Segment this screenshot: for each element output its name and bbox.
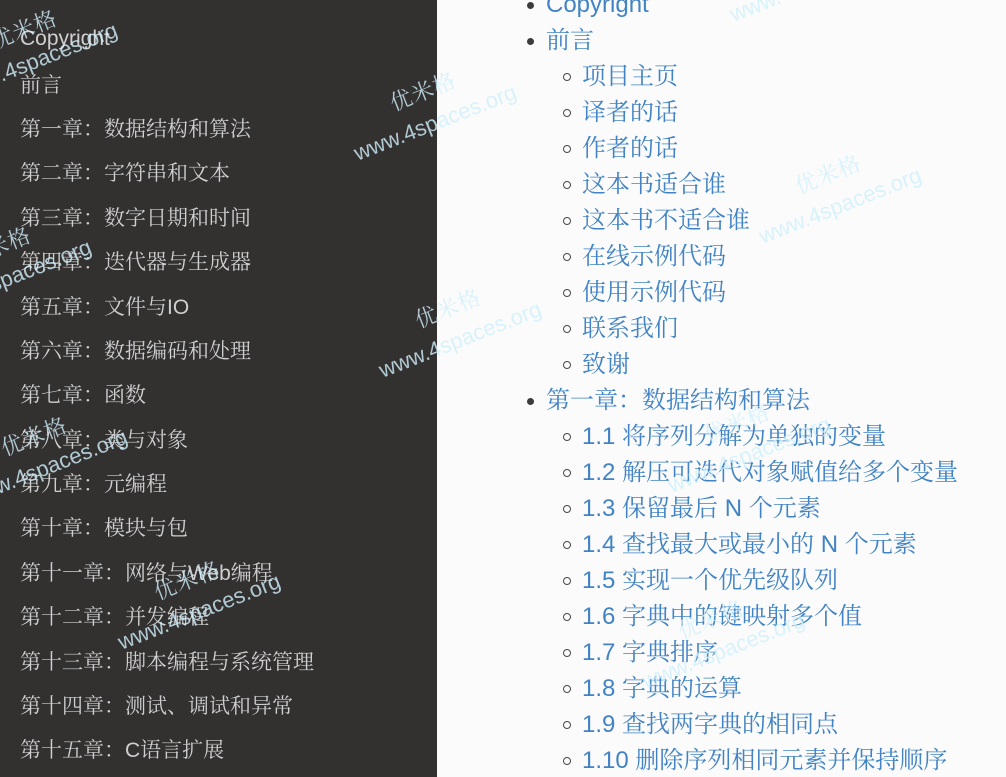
content-area: Copyright前言项目主页译者的话作者的话这本书适合谁这本书不适合谁在线示例…	[437, 0, 1006, 777]
toc-sublink[interactable]: 1.10 删除序列相同元素并保持顺序	[582, 743, 958, 777]
toc-subitem: 1.2 解压可迭代对象赋值给多个变量	[582, 455, 958, 491]
toc-item-chapter-1: 第一章：数据结构和算法1.1 将序列分解为单独的变量1.2 解压可迭代对象赋值给…	[546, 383, 958, 777]
toc-item-copyright: Copyright	[546, 0, 958, 23]
toc-sublink[interactable]: 作者的话	[582, 131, 958, 167]
sidebar-nav-list: Copyright前言第一章：数据结构和算法第二章：字符串和文本第三章：数字日期…	[0, 0, 437, 772]
sidebar-item-chapter-6[interactable]: 第六章：数据编码和处理	[20, 328, 429, 372]
sidebar-item-chapter-5[interactable]: 第五章：文件与IO	[20, 283, 429, 327]
toc-item-preface: 前言项目主页译者的话作者的话这本书适合谁这本书不适合谁在线示例代码使用示例代码联…	[546, 23, 958, 383]
toc-subitem: 1.7 字典排序	[582, 635, 958, 671]
sidebar-item-chapter-1[interactable]: 第一章：数据结构和算法	[20, 106, 429, 150]
toc-link-preface[interactable]: 前言	[546, 23, 958, 59]
page: Copyright前言第一章：数据结构和算法第二章：字符串和文本第三章：数字日期…	[0, 0, 1006, 777]
sidebar-item-chapter-14[interactable]: 第十四章：测试、调试和异常	[20, 683, 429, 727]
sidebar-item-copyright[interactable]: Copyright	[20, 17, 429, 61]
toc-link-copyright[interactable]: Copyright	[546, 0, 958, 23]
toc-sublink[interactable]: 使用示例代码	[582, 275, 958, 311]
sidebar-item-chapter-8[interactable]: 第八章：类与对象	[20, 417, 429, 461]
sidebar-item-preface[interactable]: 前言	[20, 61, 429, 105]
toc-sublink[interactable]: 1.8 字典的运算	[582, 671, 958, 707]
toc-subitem: 1.3 保留最后 N 个元素	[582, 491, 958, 527]
toc-subitem: 1.10 删除序列相同元素并保持顺序	[582, 743, 958, 777]
toc-subitem: 项目主页	[582, 59, 958, 95]
toc-subitem: 1.4 查找最大或最小的 N 个元素	[582, 527, 958, 563]
toc-sublink[interactable]: 1.2 解压可迭代对象赋值给多个变量	[582, 455, 958, 491]
toc-subitem: 使用示例代码	[582, 275, 958, 311]
toc-subitem: 1.8 字典的运算	[582, 671, 958, 707]
toc-subitem: 联系我们	[582, 311, 958, 347]
toc-subitem: 在线示例代码	[582, 239, 958, 275]
toc-sublink[interactable]: 致谢	[582, 347, 958, 383]
sidebar-item-chapter-2[interactable]: 第二章：字符串和文本	[20, 150, 429, 194]
toc-sublist-preface: 项目主页译者的话作者的话这本书适合谁这本书不适合谁在线示例代码使用示例代码联系我…	[546, 59, 958, 383]
toc-sublink[interactable]: 1.3 保留最后 N 个元素	[582, 491, 958, 527]
toc-sublink[interactable]: 1.5 实现一个优先级队列	[582, 563, 958, 599]
toc-sublink[interactable]: 1.1 将序列分解为单独的变量	[582, 419, 958, 455]
toc-subitem: 1.5 实现一个优先级队列	[582, 563, 958, 599]
sidebar-item-chapter-12[interactable]: 第十二章：并发编程	[20, 594, 429, 638]
toc-sublink[interactable]: 在线示例代码	[582, 239, 958, 275]
sidebar: Copyright前言第一章：数据结构和算法第二章：字符串和文本第三章：数字日期…	[0, 0, 437, 777]
toc-list: Copyright前言项目主页译者的话作者的话这本书适合谁这本书不适合谁在线示例…	[546, 0, 958, 777]
sidebar-item-chapter-7[interactable]: 第七章：函数	[20, 372, 429, 416]
toc-sublink[interactable]: 这本书适合谁	[582, 167, 958, 203]
sidebar-item-chapter-4[interactable]: 第四章：迭代器与生成器	[20, 239, 429, 283]
toc-subitem: 这本书不适合谁	[582, 203, 958, 239]
toc-subitem: 作者的话	[582, 131, 958, 167]
toc-link-chapter-1[interactable]: 第一章：数据结构和算法	[546, 383, 958, 419]
sidebar-item-chapter-3[interactable]: 第三章：数字日期和时间	[20, 195, 429, 239]
toc-sublink[interactable]: 项目主页	[582, 59, 958, 95]
toc-sublink[interactable]: 这本书不适合谁	[582, 203, 958, 239]
toc-sublist-chapter-1: 1.1 将序列分解为单独的变量1.2 解压可迭代对象赋值给多个变量1.3 保留最…	[546, 419, 958, 777]
toc-sublink[interactable]: 译者的话	[582, 95, 958, 131]
toc-subitem: 这本书适合谁	[582, 167, 958, 203]
sidebar-item-chapter-9[interactable]: 第九章：元编程	[20, 461, 429, 505]
sidebar-item-chapter-13[interactable]: 第十三章：脚本编程与系统管理	[20, 638, 429, 682]
toc-subitem: 译者的话	[582, 95, 958, 131]
toc-sublink[interactable]: 1.4 查找最大或最小的 N 个元素	[582, 527, 958, 563]
toc-subitem: 1.9 查找两字典的相同点	[582, 707, 958, 743]
toc-subitem: 1.1 将序列分解为单独的变量	[582, 419, 958, 455]
sidebar-item-chapter-11[interactable]: 第十一章：网络与Web编程	[20, 550, 429, 594]
toc-sublink[interactable]: 1.9 查找两字典的相同点	[582, 707, 958, 743]
toc-sublink[interactable]: 1.7 字典排序	[582, 635, 958, 671]
toc-sublink[interactable]: 1.6 字典中的键映射多个值	[582, 599, 958, 635]
sidebar-item-chapter-15[interactable]: 第十五章：C语言扩展	[20, 727, 429, 771]
toc-subitem: 致谢	[582, 347, 958, 383]
sidebar-item-chapter-10[interactable]: 第十章：模块与包	[20, 505, 429, 549]
toc-subitem: 1.6 字典中的键映射多个值	[582, 599, 958, 635]
toc-sublink[interactable]: 联系我们	[582, 311, 958, 347]
